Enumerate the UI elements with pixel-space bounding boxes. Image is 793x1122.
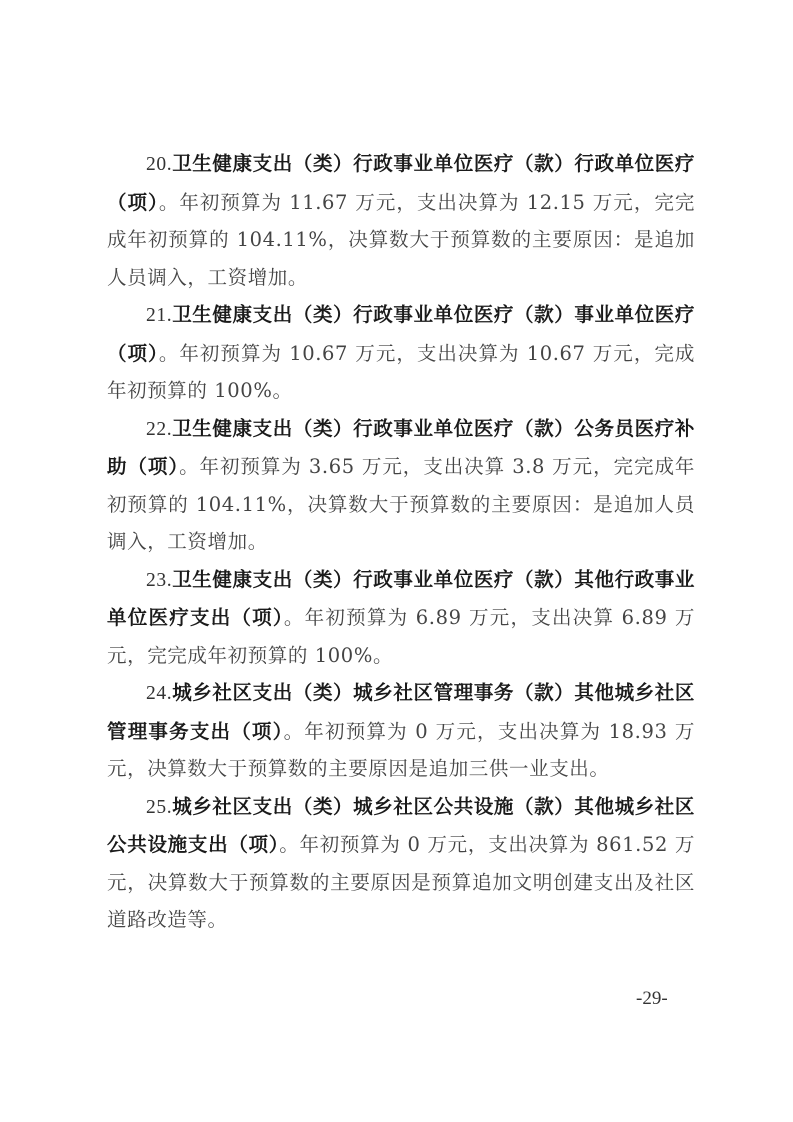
item-number: 23. <box>146 570 172 591</box>
paragraph-22: 22.卫生健康支出（类）行政事业单位医疗（款）公务员医疗补助（项）。年初预算为 … <box>107 410 695 561</box>
paragraph-25: 25.城乡社区支出（类）城乡社区公共设施（款）其他城乡社区公共设施支出（项）。年… <box>107 788 695 939</box>
item-body: 。年初预算为 3.65 万元，支出决算 3.8 万元，完完成年初预算的 104.… <box>107 455 695 553</box>
item-number: 21. <box>146 305 172 326</box>
page-number: -29- <box>636 988 668 1010</box>
paragraph-23: 23.卫生健康支出（类）行政事业单位医疗（款）其他行政事业单位医疗支出（项）。年… <box>107 561 695 675</box>
paragraph-24: 24.城乡社区支出（类）城乡社区管理事务（款）其他城乡社区管理事务支出（项）。年… <box>107 674 695 788</box>
item-number: 20. <box>146 154 172 175</box>
item-body: 。年初预算为 10.67 万元，支出决算为 10.67 万元，完成年初预算的 1… <box>107 342 695 403</box>
item-body: 。年初预算为 11.67 万元，支出决算为 12.15 万元，完完成年初预算的 … <box>107 191 695 289</box>
paragraph-20: 20.卫生健康支出（类）行政事业单位医疗（款）行政单位医疗（项）。年初预算为 1… <box>107 145 695 296</box>
item-number: 25. <box>146 797 172 818</box>
item-number: 24. <box>146 683 172 704</box>
paragraph-21: 21.卫生健康支出（类）行政事业单位医疗（款）事业单位医疗（项）。年初预算为 1… <box>107 296 695 410</box>
item-number: 22. <box>146 419 172 440</box>
document-body: 20.卫生健康支出（类）行政事业单位医疗（款）行政单位医疗（项）。年初预算为 1… <box>107 145 695 939</box>
